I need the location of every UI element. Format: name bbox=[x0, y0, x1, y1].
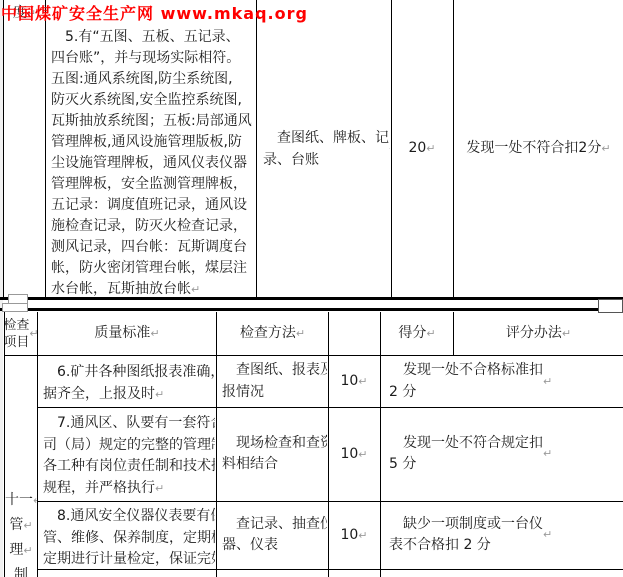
t2-row8-quality: 8.通风安全仪器仪表要有保 管、维修、保养制度，定期校正、 定期进行计量检定，保… bbox=[38, 501, 215, 569]
t2-header-method: 检查方法↵ bbox=[217, 312, 328, 355]
t2-row6-method: 查图纸、报表及上 报情况↵ bbox=[217, 356, 327, 407]
t2-header-item: 检查 项目↵ bbox=[5, 312, 37, 355]
table-handle-left-lower bbox=[2, 303, 28, 312]
t2-row8-method: 查记录、抽查仪 器、仪表↵ bbox=[217, 501, 327, 569]
t2-header-scoring: 评分办法↵ bbox=[454, 312, 623, 355]
t1-scoring-method-cell: 发现一处不符合扣2分↵ bbox=[454, 0, 623, 297]
t2-row7-quality: 7.通风区、队要有一套符合公 司（局）规定的完整的管理制度。 各工种有岗位责任制… bbox=[38, 407, 215, 501]
t2-row7-score: 10↵ bbox=[329, 407, 379, 501]
t2-border-row8-bottom bbox=[37, 569, 623, 570]
t1-check-method-cell: 查图纸、牌板、记 录、台账↵ bbox=[257, 0, 390, 297]
t2-section-label: 十一↵ 管↵ 理↵ 制 bbox=[5, 356, 37, 577]
document-page: 度↵ 5.有“五图、五板、五记录、 四台账”，并与现场实际相符。 五图:通风系统… bbox=[0, 0, 623, 577]
t2-row8-score: 10↵ bbox=[329, 501, 379, 569]
t1-score-cell: 20↵ bbox=[392, 0, 452, 297]
t2-row7-method: 现场检查和查资 料相结合↵ bbox=[217, 407, 327, 501]
t2-row6-score: 10↵ bbox=[329, 356, 379, 407]
page-break-line-top bbox=[0, 297, 623, 300]
t1-item-label-cell: 度↵ bbox=[4, 3, 45, 293]
t2-row6-quality: 6.矿井各种图纸报表准确，数 据齐全，上报及时↵ bbox=[38, 356, 215, 407]
t2-header-quality: 质量标准↵ bbox=[38, 312, 216, 355]
t2-header-score: 得分↵ bbox=[381, 312, 453, 355]
table-handle-right bbox=[598, 299, 623, 313]
t2-row7-scoring: 发现一处不符合规定扣 5 分↵ bbox=[381, 407, 623, 501]
t1-quality-standard-cell: 5.有“五图、五板、五记录、 四台账”，并与现场实际相符。 五图:通风系统图,防… bbox=[46, 0, 255, 297]
t2-row6-scoring: 发现一处不合格标准扣 2 分↵ bbox=[381, 356, 623, 407]
site-watermark: 中国煤矿安全生产网 www.mkaq.org bbox=[1, 1, 308, 24]
page-break-line-bottom bbox=[0, 308, 623, 311]
t2-row8-scoring: 缺少一项制度或一台仪 表不合格扣 2 分↵ bbox=[381, 501, 623, 569]
